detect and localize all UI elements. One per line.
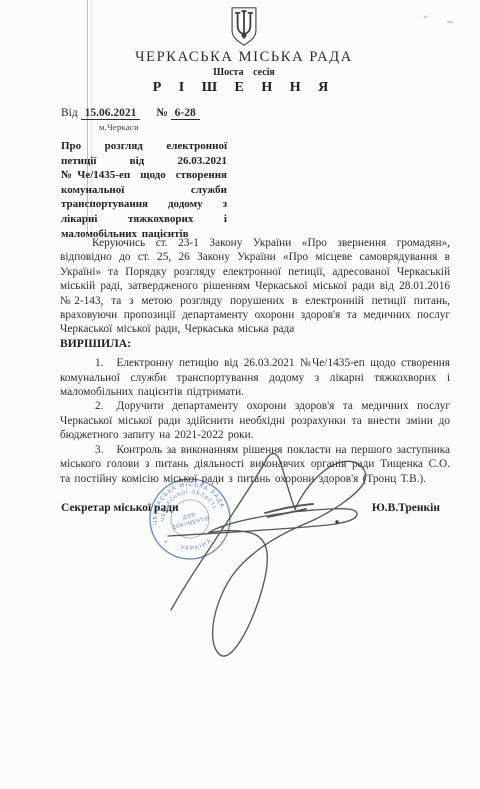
document-page: ЧЕРКАСЬКА МІСЬКА РАДА Шоста сесія Р І Ш … [0, 0, 480, 789]
document-header: ЧЕРКАСЬКА МІСЬКА РАДА Шоста сесія Р І Ш … [4, 6, 480, 96]
resolved-label: ВИРІШИЛА: [60, 337, 450, 351]
city-label: м.Черкаси [99, 122, 200, 132]
document-body: Керуючись ст. 23-1 Закону України «Про з… [60, 236, 450, 486]
signatory-name: Ю.В.Тренкін [372, 502, 440, 514]
ukraine-trident-emblem [227, 6, 261, 47]
item-number: 3. [95, 444, 103, 456]
subject-block: Про розгляд електронної петиції від 26.0… [61, 139, 227, 241]
stamp-ring-bottom-text: УКРАЇНА [178, 537, 215, 556]
number-value: 6-28 [171, 107, 200, 120]
item-text: Доручити департаменту охорони здоров'я т… [60, 400, 450, 441]
dateline: Від 15.06.2021 № 6-28 м.Черкаси [61, 107, 200, 132]
stamp-star-icon: ✳ [163, 539, 169, 546]
date-value: 15.06.2021 [81, 107, 141, 120]
stamp-star-icon: ✳ [219, 525, 225, 532]
resolution-item: 2.Доручити департаменту охорони здоров'я… [60, 399, 450, 442]
session-label: Шоста сесія [4, 67, 480, 78]
item-text: Електронну петицію від 26.03.2021 №Че/14… [60, 357, 450, 398]
item-number: 2. [95, 400, 103, 412]
date-label: Від [61, 107, 78, 119]
doc-type-title: Р І Ш Е Н Н Я [4, 80, 480, 96]
item-text: Контроль за виконанням рішення покласти … [60, 444, 450, 485]
preamble-paragraph: Керуючись ст. 23-1 Закону України «Про з… [60, 236, 450, 337]
number-label: № [156, 107, 168, 119]
official-round-stamp: ЧЕРКАСЬКА МІСЬКА РАДА ЧЕРКАСЬКОЇ ОБЛАСТІ… [128, 457, 252, 581]
svg-text:УКРАЇНА: УКРАЇНА [178, 537, 215, 556]
item-number: 1. [95, 357, 103, 369]
resolution-item: 3.Контроль за виконанням рішення покласт… [60, 443, 450, 486]
org-name: ЧЕРКАСЬКА МІСЬКА РАДА [4, 49, 480, 66]
resolution-item: 1.Електронну петицію від 26.03.2021 №Че/… [60, 356, 450, 399]
